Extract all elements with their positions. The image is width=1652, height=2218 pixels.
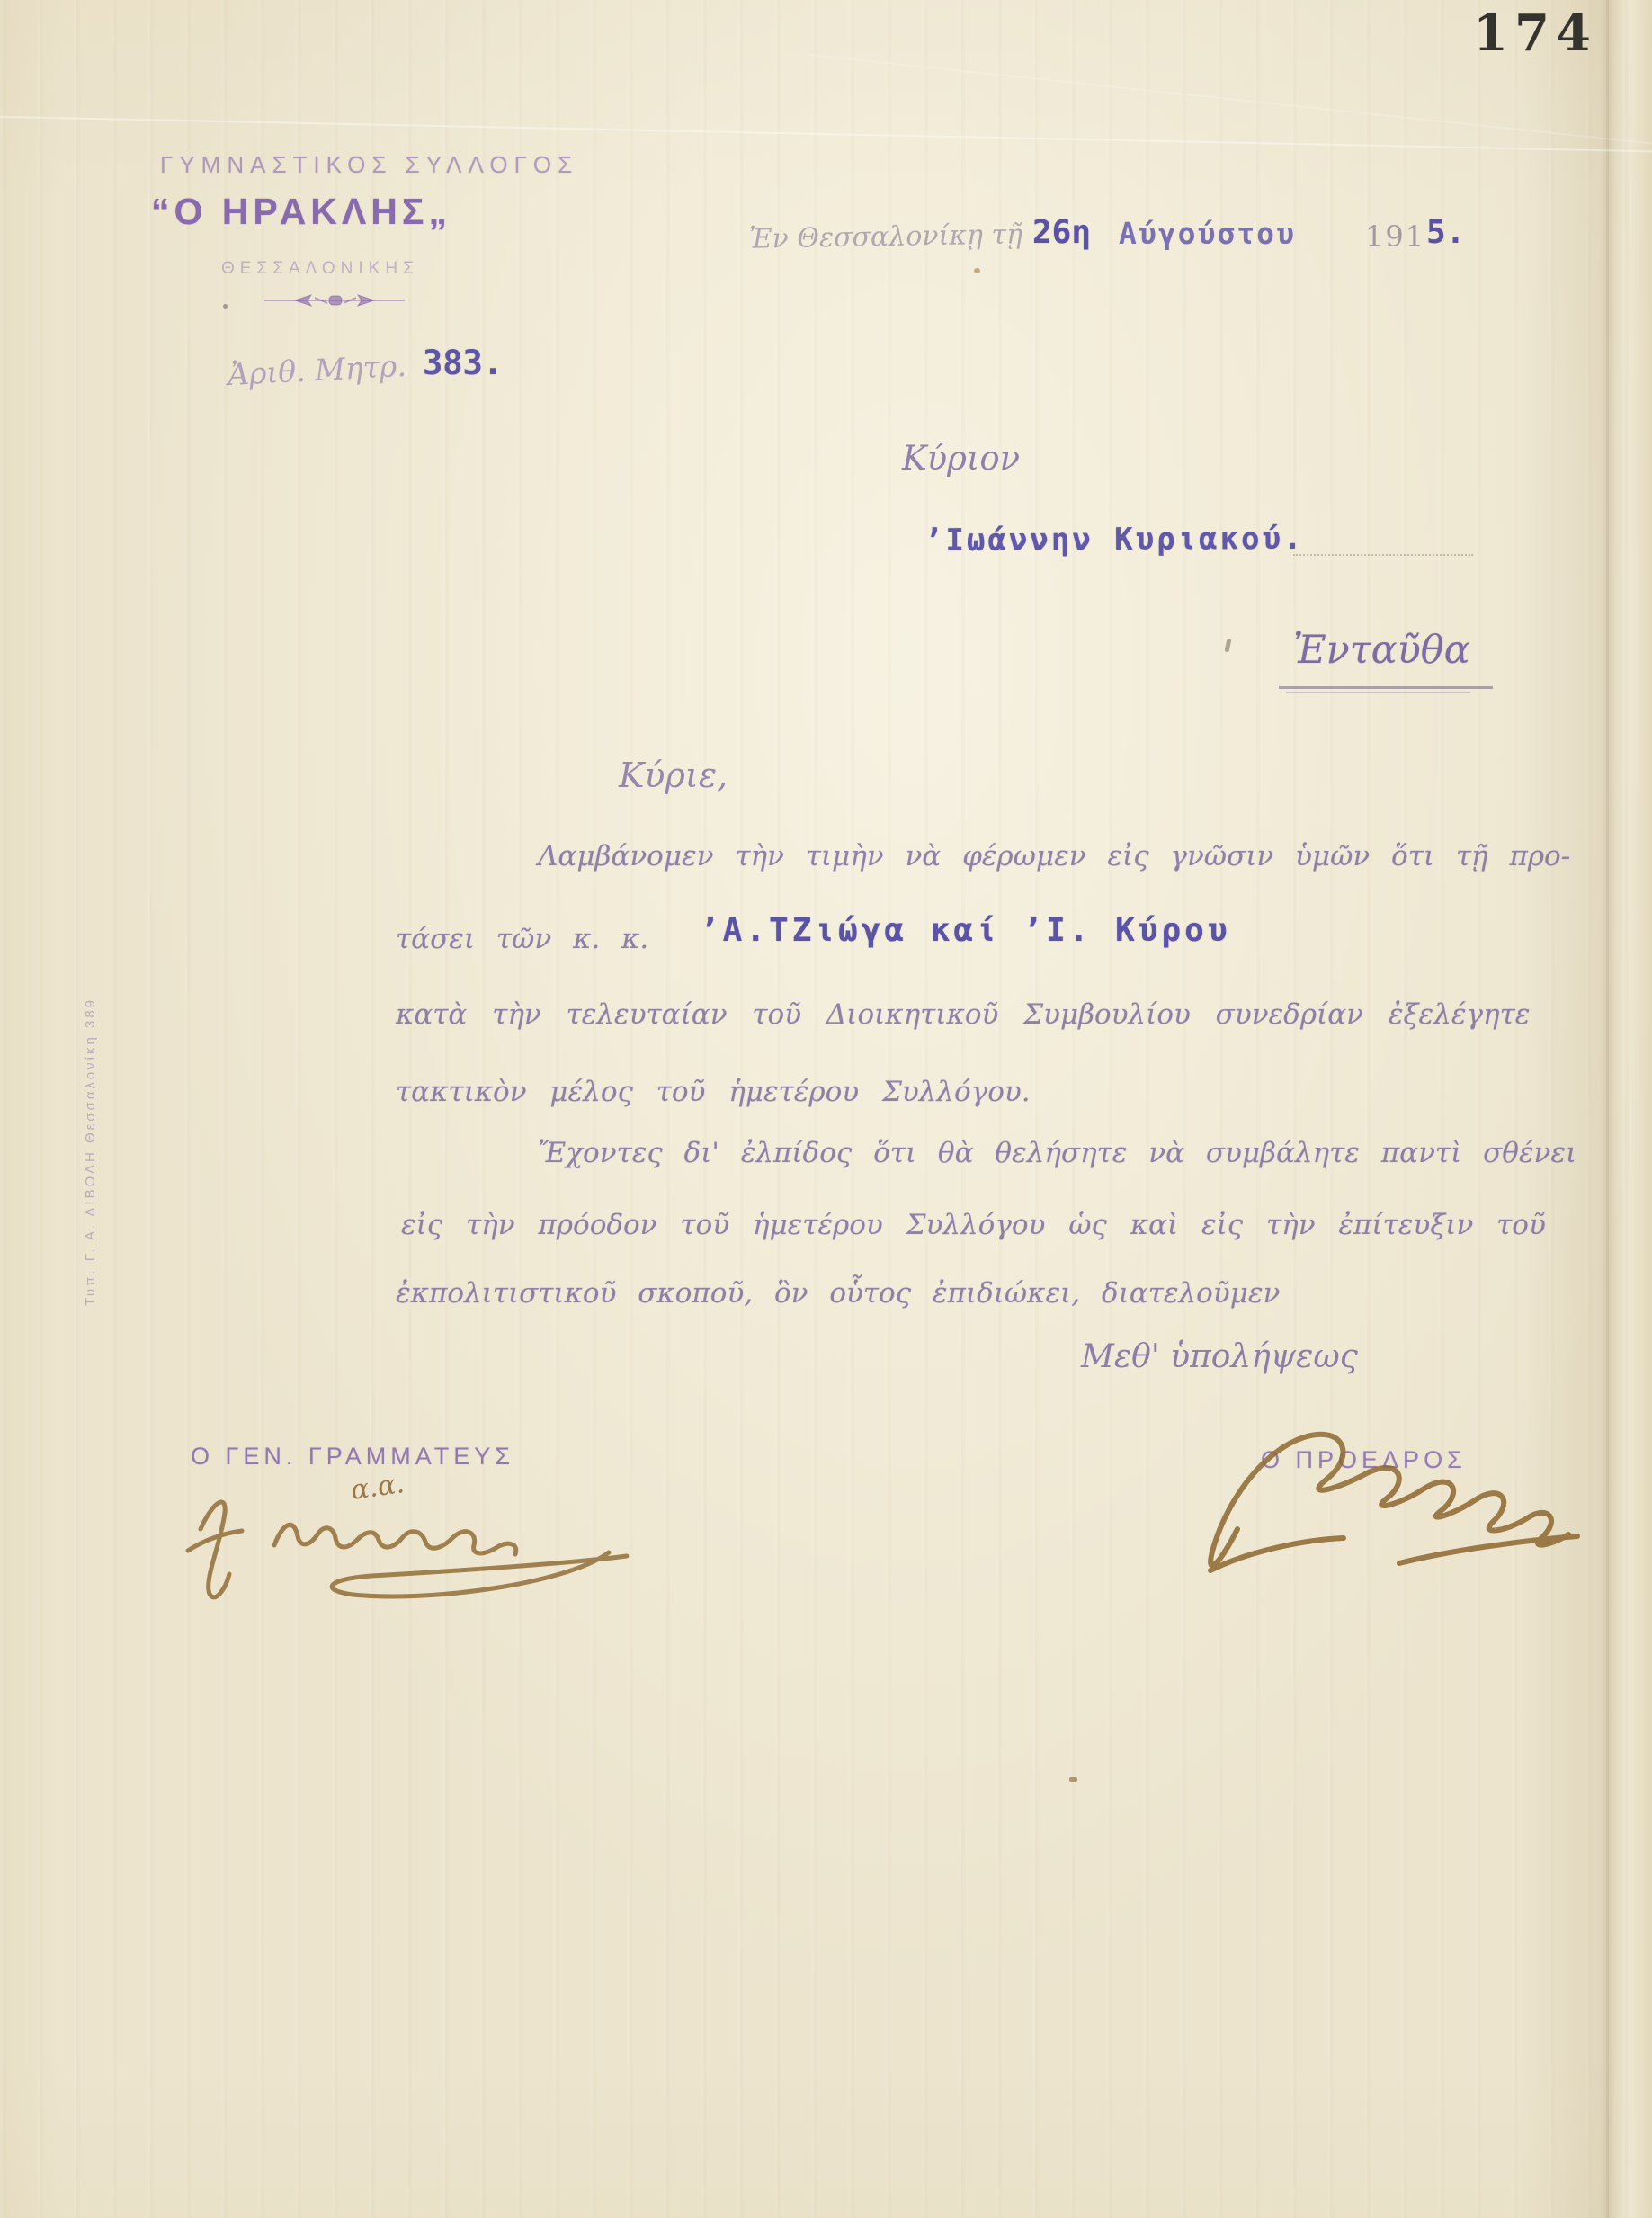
date-year-printed: 191 xyxy=(1365,219,1425,254)
location-underline-2 xyxy=(1286,692,1470,693)
body-line: ἐκπολιτιστικοῦ σκοποῦ, ὃν οὗτος ἐπιδιώκε… xyxy=(396,1277,1280,1310)
secretary-signature xyxy=(148,1475,634,1619)
body-line: εἰς τὴν πρόοδον τοῦ ἡμετέρου Συλλόγου ὡς… xyxy=(401,1209,1546,1241)
registry-number: 383. xyxy=(423,344,503,382)
location-underline xyxy=(1279,686,1493,689)
letterhead-org-line2: “Ο ΗΡΑΚΛΗΣ„ xyxy=(151,191,451,233)
fold-line-top-right xyxy=(809,54,1652,159)
body-line: τακτικὸν μέλος τοῦ ἡμετέρου Συλλόγου. xyxy=(396,1076,1031,1108)
paper-speck xyxy=(223,304,228,309)
body-line: Λαμβάνομεν τὴν τιμὴν νὰ φέρωμεν εἰς γνῶσ… xyxy=(538,840,1570,872)
page-number: 174 xyxy=(1473,4,1597,63)
body-line: κατὰ τὴν τελευταίαν τοῦ Διοικητικοῦ Συμβ… xyxy=(396,998,1530,1031)
closing-phrase: Μεθ' ὑπολήψεως xyxy=(1081,1338,1358,1375)
recipient-location: Ἐνταῦθα xyxy=(1293,628,1470,673)
date-month: Αύγούστου xyxy=(1119,216,1296,251)
document-page: 174 ΓΥΜΝΑΣΤΙΚΟΣ ΣΥΛΛΟΓΟΣ “Ο ΗΡΑΚΛΗΣ„ ΘΕΣ… xyxy=(0,0,1652,2218)
ornament-divider-icon xyxy=(264,291,405,309)
body-line: τάσει τῶν κ. κ. xyxy=(396,923,648,955)
body-typed-names: ’Α.ΤΖιώγα καί ’Ι. Κύρου xyxy=(700,912,1231,949)
printer-imprint: Τυπ. Γ. Α. ΔΙΒΟΛΗ Θεσσαλονίκη 389 xyxy=(83,997,98,1306)
date-place-prefix: Ἐν Θεσσαλονίκῃ τῇ xyxy=(749,219,1023,255)
letterhead-org-line3: ΘΕΣΣΑΛΟΝΙΚΗΣ xyxy=(221,259,419,279)
fold-crease-right xyxy=(1606,0,1609,2218)
letterhead-org-line1: ΓΥΜΝΑΣΤΙΚΟΣ ΣΥΛΛΟΓΟΣ xyxy=(160,151,578,179)
date-year-typed: 5. xyxy=(1426,214,1465,251)
recipient-dotted-line xyxy=(1293,554,1473,556)
body-line: Ἔχοντες δι' ἐλπίδος ὅτι θὰ θελήσητε νὰ σ… xyxy=(538,1137,1576,1169)
registry-label: Ἀριθ. Μητρ. xyxy=(227,348,407,392)
recipient-salutation: Κύριον xyxy=(902,439,1020,478)
recipient-name: ’Ιωάννην Κυριακού. xyxy=(924,521,1305,559)
paper-speck xyxy=(1224,639,1231,653)
paper-speck xyxy=(1069,1777,1077,1782)
date-day: 26η xyxy=(1032,214,1091,251)
letter-salutation: Κύριε, xyxy=(619,756,728,795)
president-signature xyxy=(1178,1403,1601,1601)
paper-speck xyxy=(974,268,980,273)
secretary-title: Ο ΓΕΝ. ΓΡΑΜΜΑΤΕΥΣ xyxy=(191,1443,514,1471)
